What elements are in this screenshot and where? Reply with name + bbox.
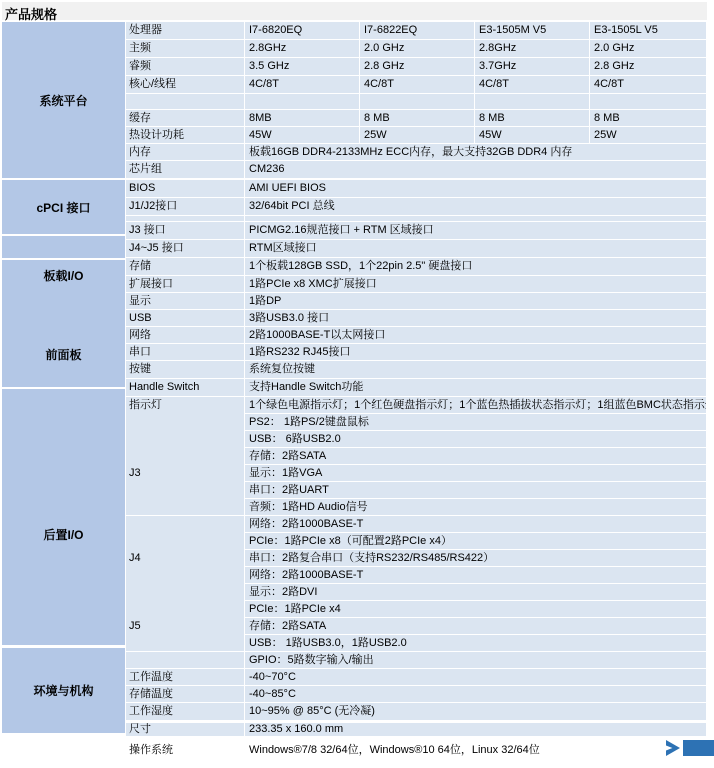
spec-name: J1/J2接口 — [126, 198, 245, 216]
spec-value: -40~85°C — [245, 686, 706, 703]
spec-value: 存储：2路SATA — [245, 448, 706, 465]
table-row: J3 接口 PICMG2.16规范接口 + RTM 区域接口 — [126, 222, 706, 240]
table-row: PCIe：1路PCIe x8（可配置2路PCIe x4） — [126, 533, 706, 550]
spec-name: 存储温度 — [126, 686, 245, 703]
spec-name: 核心/线程 — [126, 76, 245, 94]
spec-value: 1个绿色电源指示灯；1个红色硬盘指示灯；1个蓝色热插拔状态指示灯；1组蓝色BMC… — [245, 397, 706, 414]
spec-value: 4C/8T — [359, 76, 474, 93]
spec-value: 1路PCIe x8 XMC扩展接口 — [245, 276, 706, 293]
spec-value: 2.8 GHz — [589, 58, 706, 75]
spec-value: 4C/8T — [589, 76, 706, 93]
page-title: 产品规格 — [2, 2, 707, 20]
spec-value: GPIO：5路数字输入/输出 — [245, 652, 706, 669]
spec-value: 1路RS232 RJ45接口 — [245, 344, 706, 361]
table-row: 缓存 8MB8 MB8 MB8 MB — [126, 110, 706, 127]
spec-value: 8MB — [245, 110, 359, 126]
spec-value: 1个板载128GB SSD，1个22pin 2.5" 硬盘接口 — [245, 258, 706, 276]
table-row: J3 显示：1路VGA — [126, 465, 706, 482]
section-label-cpci: cPCI 接口 — [2, 199, 125, 216]
section-cell-system-platform: 系统平台 — [2, 22, 125, 178]
spec-value: -40~70°C — [245, 669, 706, 686]
spec-name: 尺寸 — [126, 723, 245, 736]
arrow-bar — [683, 740, 714, 756]
spec-name: J3 接口 — [126, 222, 245, 240]
spec-name: J3 — [126, 465, 245, 482]
spec-value: 网络：2路1000BASE-T — [245, 567, 706, 584]
table-row: Handle Switch 支持Handle Switch功能 — [126, 379, 706, 397]
section-label-system-platform: 系统平台 — [2, 92, 125, 109]
spec-value: 32/64bit PCI 总线 — [245, 198, 706, 216]
table-row: 扩展接口 1路PCIe x8 XMC扩展接口 — [126, 276, 706, 293]
spec-value: 串口：2路复合串口（支持RS232/RS485/RS422） — [245, 550, 706, 567]
section-cell-env-mech: 环境与机构 — [2, 648, 125, 733]
spec-name: 扩展接口 — [126, 276, 245, 293]
spec-value: 8 MB — [474, 110, 589, 126]
spec-value: 2.8 GHz — [359, 58, 474, 75]
section-label-front-panel: 前面板 — [2, 346, 125, 363]
spec-value: PCIe：1路PCIe x4 — [245, 601, 706, 618]
table-row-os: 操作系统 Windows®7/8 32/64位，Windows®10 64位，L… — [126, 740, 706, 760]
spec-name: 主频 — [126, 40, 245, 58]
table-row: 热设计功耗 45W25W45W25W — [126, 127, 706, 144]
spec-value: E3-1505M V5 — [474, 22, 589, 39]
table-row: 尺寸 233.35 x 160.0 mm — [126, 723, 706, 736]
spec-name: Handle Switch — [126, 379, 245, 397]
spec-value: 支持Handle Switch功能 — [245, 379, 706, 397]
table-row: 网络：2路1000BASE-T — [126, 516, 706, 533]
spec-value: 音频：1路HD Audio信号 — [245, 499, 706, 516]
spec-value: 3.7GHz — [474, 58, 589, 75]
spec-value: 45W — [245, 127, 359, 143]
section-cell-unlabeled — [2, 236, 125, 258]
spec-value: 网络：2路1000BASE-T — [245, 516, 706, 533]
table-row: 显示 1路DP — [126, 293, 706, 310]
spec-value: PICMG2.16规范接口 + RTM 区域接口 — [245, 222, 706, 240]
spec-value: E3-1505L V5 — [589, 22, 706, 39]
spec-name: 芯片组 — [126, 161, 245, 178]
table-row: J5 存储：2路SATA — [126, 618, 706, 635]
spec-name: 工作温度 — [126, 669, 245, 686]
table-row: 主频 2.8GHz2.0 GHz2.8GHz2.0 GHz — [126, 40, 706, 58]
spec-value: 板载16GB DDR4-2133MHz ECC内存，最大支持32GB DDR4 … — [245, 144, 706, 161]
spec-value: 2.0 GHz — [589, 40, 706, 57]
spec-value: 4C/8T — [474, 76, 589, 93]
spec-name: 存储 — [126, 258, 245, 276]
spec-name — [126, 94, 245, 110]
spec-value: 2.0 GHz — [359, 40, 474, 57]
spec-sheet: 产品规格 系统平台 cPCI 接口 板载I/O 前面板 后置I/O 环境与机构 … — [0, 0, 714, 768]
spec-name: 热设计功耗 — [126, 127, 245, 144]
table-row: USB： 6路USB2.0 — [126, 431, 706, 448]
table-row: USB： 1路USB3.0，1路USB2.0 — [126, 635, 706, 652]
spec-value: 25W — [359, 127, 474, 143]
table-row-empty — [126, 94, 706, 110]
spec-value: PS2： 1路PS/2键盘鼠标 — [245, 414, 706, 431]
table-row: J1/J2接口 32/64bit PCI 总线 — [126, 198, 706, 216]
table-row: 网络：2路1000BASE-T — [126, 567, 706, 584]
table-row: GPIO：5路数字输入/输出 — [126, 652, 706, 669]
spec-value: I7-6822EQ — [359, 22, 474, 39]
table-row: 内存 板载16GB DDR4-2133MHz ECC内存，最大支持32GB DD… — [126, 144, 706, 161]
spec-value: 10~95% @ 85°C (无冷凝) — [245, 703, 706, 723]
section-cell-onboard-front: 板载I/O 前面板 — [2, 260, 125, 387]
table-row: 工作温度 -40~70°C — [126, 669, 706, 686]
spec-name: BIOS — [126, 180, 245, 198]
spec-value: RTM区域接口 — [245, 240, 706, 258]
spec-value: 8 MB — [359, 110, 474, 126]
spec-name: J5 — [126, 618, 245, 635]
table-row: 存储温度 -40~85°C — [126, 686, 706, 703]
table-row: J4 串口：2路复合串口（支持RS232/RS485/RS422） — [126, 550, 706, 567]
section-cell-cpci: cPCI 接口 — [2, 180, 125, 234]
spec-value: 系统复位按键 — [245, 361, 706, 379]
table-row: PCIe：1路PCIe x4 — [126, 601, 706, 618]
spec-value: 2.8GHz — [474, 40, 589, 57]
spec-value: 3路USB3.0 接口 — [245, 310, 706, 327]
spec-name: J4~J5 接口 — [126, 240, 245, 258]
spec-name: 显示 — [126, 293, 245, 310]
table-row: 按键 系统复位按键 — [126, 361, 706, 379]
spec-value: 233.35 x 160.0 mm — [245, 723, 706, 736]
spec-value: 8 MB — [589, 110, 706, 126]
spec-value: 串口：2路UART — [245, 482, 706, 499]
spec-value: 45W — [474, 127, 589, 143]
table-row: 芯片组 CM236 — [126, 161, 706, 178]
spec-name: 缓存 — [126, 110, 245, 127]
spec-value: 2路1000BASE-T以太网接口 — [245, 327, 706, 344]
table-row: 存储：2路SATA — [126, 448, 706, 465]
spec-value: 2.8GHz — [245, 40, 359, 57]
table-row: 存储 1个板载128GB SSD，1个22pin 2.5" 硬盘接口 — [126, 258, 706, 276]
section-label-env-mech: 环境与机构 — [2, 682, 125, 699]
table-row: 音频：1路HD Audio信号 — [126, 499, 706, 516]
spec-value: USB： 6路USB2.0 — [245, 431, 706, 448]
spec-value: CM236 — [245, 161, 706, 178]
spec-name: 工作湿度 — [126, 703, 245, 723]
spec-name: 内存 — [126, 144, 245, 161]
spec-name: 指示灯 — [126, 397, 245, 414]
section-label-rear-io: 后置I/O — [2, 526, 125, 543]
table-row: PS2： 1路PS/2键盘鼠标 — [126, 414, 706, 431]
spec-value: PCIe：1路PCIe x8（可配置2路PCIe x4） — [245, 533, 706, 550]
spec-value: Windows®7/8 32/64位，Windows®10 64位，Linux … — [245, 740, 706, 760]
table-row: 显示：2路DVI — [126, 584, 706, 601]
spec-name: 串口 — [126, 344, 245, 361]
spec-value: USB： 1路USB3.0，1路USB2.0 — [245, 635, 706, 652]
table-row: BIOS AMI UEFI BIOS — [126, 180, 706, 198]
spec-name: 操作系统 — [126, 740, 245, 760]
table-row: 串口：2路UART — [126, 482, 706, 499]
spec-value: 显示：2路DVI — [245, 584, 706, 601]
table-row: 网络 2路1000BASE-T以太网接口 — [126, 327, 706, 344]
spec-name: 处理器 — [126, 22, 245, 40]
spec-table: 处理器 I7-6820EQI7-6822EQE3-1505M V5E3-1505… — [126, 22, 706, 760]
section-cell-rear-io: 后置I/O — [2, 389, 125, 645]
table-row: 串口 1路RS232 RJ45接口 — [126, 344, 706, 361]
spec-value: 1路DP — [245, 293, 706, 310]
spec-value: I7-6820EQ — [245, 22, 359, 39]
spec-value: 3.5 GHz — [245, 58, 359, 75]
spec-name: 睿频 — [126, 58, 245, 76]
spec-value: 显示：1路VGA — [245, 465, 706, 482]
table-row: 处理器 I7-6820EQI7-6822EQE3-1505M V5E3-1505… — [126, 22, 706, 40]
table-row: 睿频 3.5 GHz2.8 GHz3.7GHz2.8 GHz — [126, 58, 706, 76]
spec-value: 存储：2路SATA — [245, 618, 706, 635]
table-row: J4~J5 接口 RTM区域接口 — [126, 240, 706, 258]
table-row: USB 3路USB3.0 接口 — [126, 310, 706, 327]
table-row: 核心/线程 4C/8T4C/8T4C/8T4C/8T — [126, 76, 706, 94]
spec-value: 25W — [589, 127, 706, 143]
spec-name: USB — [126, 310, 245, 327]
spec-value: AMI UEFI BIOS — [245, 180, 706, 198]
spec-value: 4C/8T — [245, 76, 359, 93]
table-row: 指示灯 1个绿色电源指示灯；1个红色硬盘指示灯；1个蓝色热插拔状态指示灯；1组蓝… — [126, 397, 706, 414]
spec-name: 按键 — [126, 361, 245, 379]
section-label-onboard-io: 板载I/O — [2, 267, 125, 284]
spec-name: 网络 — [126, 327, 245, 344]
table-row: 工作湿度 10~95% @ 85°C (无冷凝) — [126, 703, 706, 723]
spec-name: J4 — [126, 550, 245, 567]
